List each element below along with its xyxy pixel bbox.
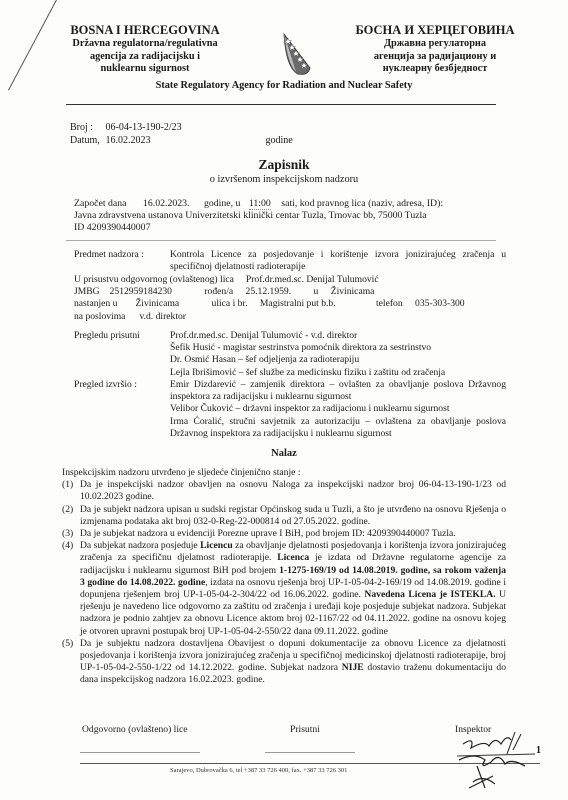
- document-subtitle: o izvršenom inspekcijskom nadzoru: [0, 174, 568, 185]
- letterhead-cyrillic: БОСНА И ХЕРЦЕГОВИНА Државна регулаторна …: [340, 22, 530, 76]
- inspector-person: Velibor Čuković – državni inspektor za r…: [170, 403, 506, 415]
- finding-text: Da je subjekt nadzora upisan u sudski re…: [80, 504, 506, 528]
- present-label: Pregledu prisutni: [74, 330, 170, 379]
- footer-address: Sarajevo, Dubrovačka 6, tel +387 33 726 …: [170, 767, 347, 774]
- finding-text: Da je subjekat nadzora u evidenciji Pore…: [80, 528, 506, 540]
- agency-name-line: Државна регулаторна: [340, 38, 530, 51]
- agency-name-line: нуклеарну безбједност: [340, 63, 530, 76]
- phone-label: telefon: [376, 298, 403, 309]
- signature-line: [80, 752, 200, 753]
- present-person: Prof.dr.med.sc. Denijal Tulumović - v.d.…: [170, 330, 506, 342]
- document-date: 16.02.2023: [106, 134, 226, 147]
- date-label: Datum,: [70, 134, 103, 147]
- present-person: Šefik Husić - magistar sestrinstva pomoć…: [170, 342, 506, 354]
- born-place: Živinicama: [331, 286, 375, 297]
- entity-name: Javna zdravstvena ustanova Univerzitetsk…: [74, 210, 506, 222]
- inspectors-label: Pregled izvršio :: [74, 379, 170, 440]
- entity-id: ID 4209390440007: [74, 222, 506, 234]
- document-page: BOSNA I HERCEGOVINA Državna regulatorna/…: [0, 0, 568, 800]
- signature-line: [265, 752, 355, 753]
- finding-text: Da je inspekcijski nadzor obavljen na os…: [80, 479, 506, 503]
- finding-number: (5): [62, 638, 80, 687]
- present-person: Dr. Osmić Hasan – šef odjeljenja za radi…: [170, 354, 506, 366]
- start-tail: sati, kod pravnog lica (naziv, adresa, I…: [281, 198, 443, 209]
- finding-item: (5)Da je subjektu nadzora dostavljena Ob…: [62, 638, 506, 687]
- jmbg-value: 2512959184230: [110, 286, 172, 297]
- finding-number: (4): [62, 540, 80, 638]
- agency-name-line: агенција за радијациону и: [340, 51, 530, 64]
- residence-value: Živinicama: [135, 298, 179, 309]
- number-label: Broj :: [70, 121, 103, 134]
- document-number: 06-04-13-190-2/23: [106, 121, 226, 134]
- position-value: v.d. direktor: [139, 311, 186, 322]
- born-label: rođen/a: [204, 286, 233, 297]
- subject-value: Kontrola Licence za posjedovanje i koriš…: [170, 249, 506, 273]
- finding-text: Da je subjektu nadzora dostavljena Obavi…: [80, 638, 506, 687]
- inspection-performed-by: Pregled izvršio : Emir Dizdarević – zamj…: [74, 379, 506, 440]
- start-date: 16.02.2023.: [143, 198, 190, 209]
- document-meta: Broj : 06-04-13-190-2/23 Datum, 16.02.20…: [70, 121, 293, 147]
- present-person: Lejla Ibrišimović – šef službe za medici…: [170, 367, 506, 379]
- jmbg-label: JMBG: [74, 286, 100, 297]
- inspection-subject: Predmet nadzora : Kontrola Licence za po…: [74, 249, 506, 273]
- finding-item: (2)Da je subjekt nadzora upisan u sudski…: [62, 504, 506, 528]
- finding-text: Da subjekat nadzora posjeduje Licencu za…: [80, 540, 506, 638]
- finding-item: (4)Da subjekat nadzora posjeduje Licencu…: [62, 540, 506, 638]
- finding-number: (2): [62, 504, 80, 528]
- street-label: ulica i br.: [212, 298, 248, 309]
- presence-label: U prisustvu odgovornog (ovlaštenog) lica: [74, 274, 234, 285]
- findings-list: (1)Da je inspekcijski nadzor obavljen na…: [62, 479, 506, 686]
- header-divider: [66, 104, 496, 105]
- signature-present-label: Prisutni: [290, 724, 320, 735]
- responsible-person: U prisustvu odgovornog (ovlaštenog) lica…: [74, 274, 506, 323]
- findings-intro: Inspekcijskim nadzoru utvrđeno je sljede…: [62, 467, 506, 479]
- subject-label: Predmet nadzora :: [74, 249, 170, 273]
- letterhead-latin: BOSNA I HERCEGOVINA Državna regulatorna/…: [50, 22, 240, 76]
- page-number: 1: [536, 745, 541, 756]
- agency-name-line: nuklearnu sigurnost: [50, 63, 240, 76]
- findings-heading: Nalaz: [0, 448, 568, 459]
- date-suffix: godine: [266, 135, 293, 146]
- country-name-latin: BOSNA I HERCEGOVINA: [50, 22, 240, 38]
- finding-item: (3)Da je subjekat nadzora u evidenciji P…: [62, 528, 506, 540]
- finding-item: (1)Da je inspekcijski nadzor obavljen na…: [62, 479, 506, 503]
- start-godine: godine, u: [204, 198, 240, 209]
- coat-of-arms-icon: [280, 28, 316, 78]
- finding-number: (3): [62, 528, 80, 540]
- residence-label: nastanjen u: [74, 298, 117, 309]
- phone-value: 035-303-300: [415, 298, 465, 309]
- born-date: 25.12.1959.: [246, 286, 292, 297]
- inspector-signature: [455, 730, 535, 795]
- start-info: Započet dana 16.02.2023. godine, u 11:00…: [74, 198, 506, 235]
- present-persons: Pregledu prisutni Prof.dr.med.sc. Denija…: [74, 330, 506, 379]
- start-time: 11:00: [249, 198, 271, 210]
- findings: Inspekcijskim nadzoru utvrđeno je sljede…: [62, 467, 506, 687]
- divider: [66, 240, 496, 241]
- responsible-name: Prof.dr.med.sc. Denijal Tulumović: [246, 274, 379, 285]
- street-value: Magistralni put b.b.: [260, 298, 336, 309]
- country-name-cyrillic: БОСНА И ХЕРЦЕГОВИНА: [340, 22, 530, 38]
- finding-number: (1): [62, 479, 80, 503]
- inspector-person: Irma Ćoralić, stručni savjetnik za autor…: [170, 416, 506, 440]
- document-title: Zapisnik: [0, 157, 568, 173]
- position-label: na poslovima: [74, 311, 125, 322]
- start-label: Započet dana: [74, 198, 127, 209]
- born-in-label: u: [314, 286, 319, 297]
- agency-name-line: agencija za radijacijsku i: [50, 51, 240, 64]
- inspector-person: Emir Dizdarević – zamjenik direktora – o…: [170, 379, 506, 403]
- signature-responsible-label: Odgovorno (ovlašteno) lice: [82, 724, 188, 735]
- agency-name-line: Državna regulatorna/regulativna: [50, 38, 240, 51]
- agency-name-english: State Regulatory Agency for Radiation an…: [0, 80, 568, 91]
